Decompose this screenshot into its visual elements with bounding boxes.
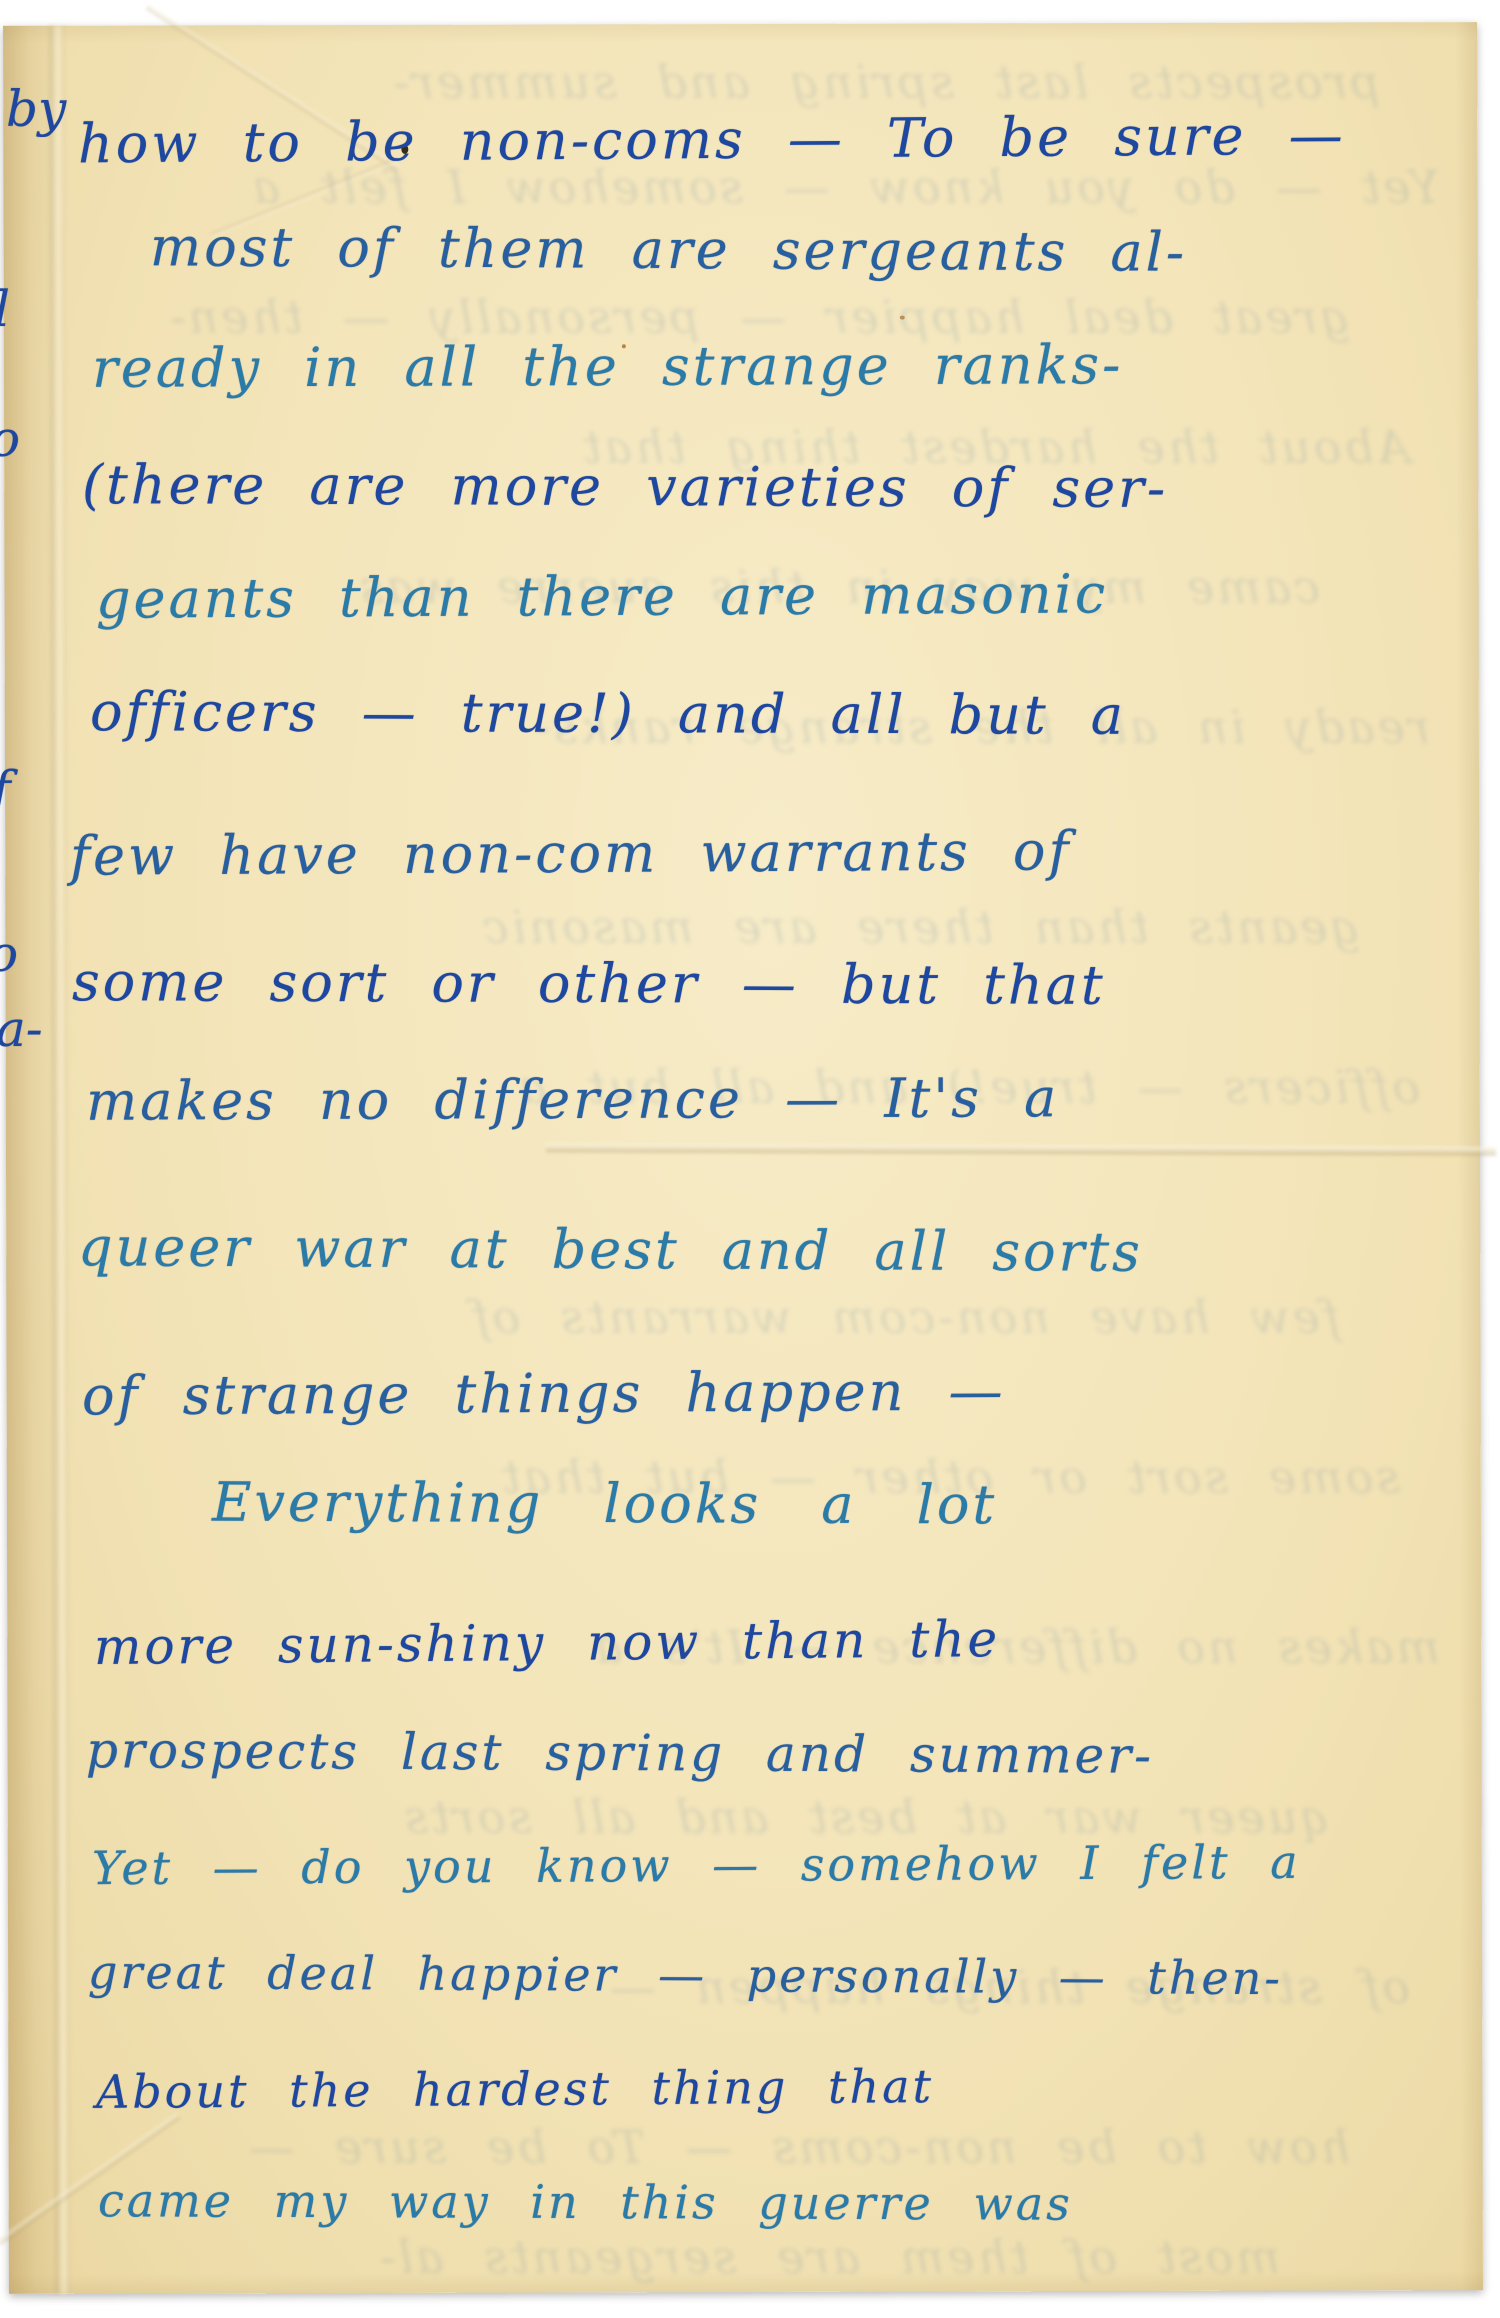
handwritten-line: some sort or other — but that: [72, 950, 1106, 1017]
handwritten-line: Yet — do you know — somehow I felt a: [92, 1835, 1301, 1895]
margin-fragment: f: [0, 760, 11, 818]
handwritten-line: prospects last spring and summer-: [86, 1721, 1154, 1785]
handwritten-line: officers — true!) and all but a: [90, 680, 1126, 747]
margin-fragment: o: [0, 410, 20, 468]
handwritten-line: makes no difference — It's a: [86, 1066, 1059, 1132]
handwritten-line: queer war at best and all sorts: [78, 1215, 1143, 1284]
handwritten-line: of strange things happen —: [82, 1360, 1006, 1428]
handwritten-line: came my way in this guerre was: [98, 2173, 1073, 2230]
handwritten-line: how to be non-coms — To be sure —: [78, 104, 1346, 176]
handwritten-line: (there are more varieties of ser-: [82, 453, 1168, 520]
margin-fragment: o: [0, 925, 18, 983]
handwritten-line: great deal happier — personally — then-: [88, 1945, 1283, 2005]
margin-fragment: a-: [0, 1000, 43, 1058]
handwritten-line: more sun-shiny now than the: [94, 1610, 1001, 1676]
handwritten-line: ready in all the strange ranks-: [92, 333, 1123, 400]
handwriting-layer: how to be non-coms — To be sure — most o…: [0, 0, 1500, 2318]
margin-fragment: by: [6, 80, 66, 138]
handwritten-line: most of them are sergeants al-: [150, 215, 1187, 283]
handwritten-line: geants than there are masonic: [96, 562, 1108, 630]
handwritten-line: About the hardest thing that: [96, 2059, 934, 2119]
handwritten-line: Everything looks a lot: [212, 1471, 997, 1537]
margin-fragment: l: [0, 280, 10, 338]
handwritten-line: few have non-com warrants of: [70, 819, 1072, 887]
